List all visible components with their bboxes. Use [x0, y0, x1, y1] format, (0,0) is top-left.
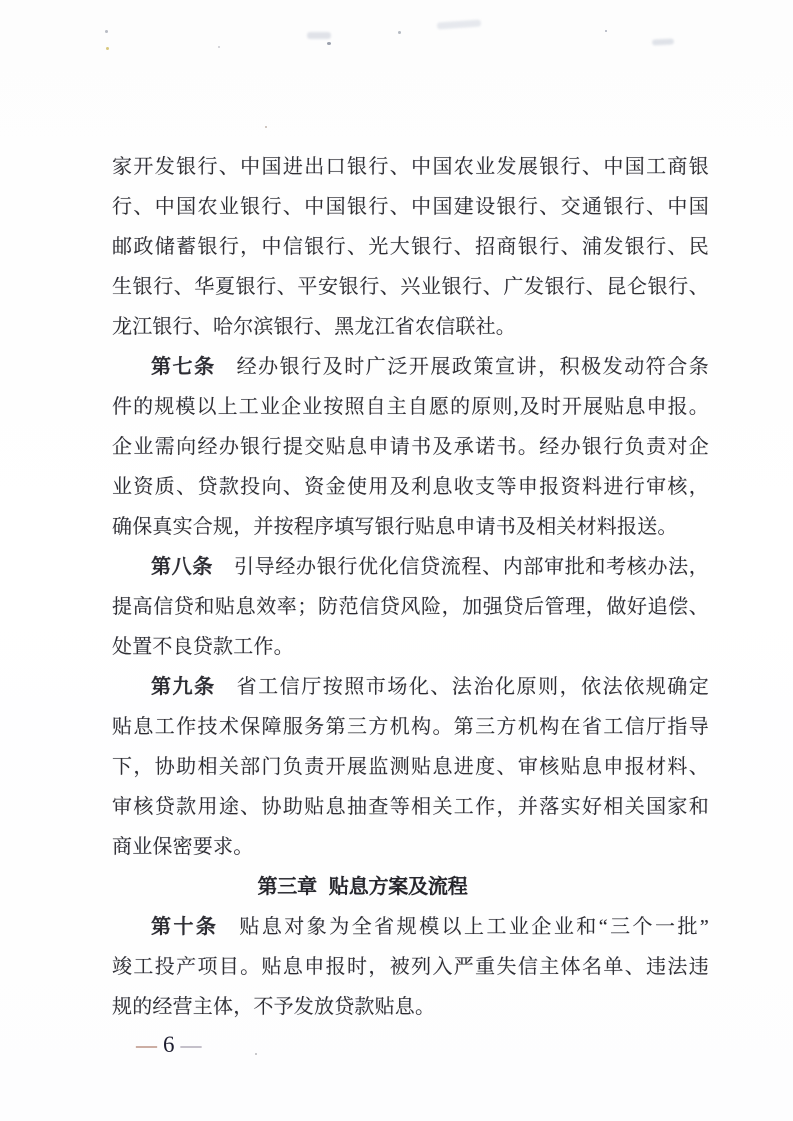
- body-line: 确保真实合规，并按程序填写银行贴息申请书及相关材料报送。: [112, 507, 709, 547]
- body-line: 商业保密要求。: [112, 827, 709, 867]
- article-number: 第十条: [151, 916, 218, 938]
- page-footer: — 6 —: [136, 1031, 202, 1059]
- body-line: 邮政储蓄银行，中信银行、光大银行、招商银行、浦发银行、民: [112, 227, 709, 267]
- paragraph-article-7: 第七条经办银行及时广泛开展政策宣讲，积极发动符合条 件的规模以上工业企业按照自主…: [112, 347, 709, 547]
- chapter-number: 第三章: [257, 876, 316, 898]
- body-line: 企业需向经办银行提交贴息申请书及承诺书。经办银行负责对企: [112, 427, 709, 467]
- scan-artifact: [652, 38, 674, 45]
- scan-artifact: [265, 126, 267, 128]
- paragraph-article-8: 第八条引导经办银行优化信贷流程、内部审批和考核办法， 提高信贷和贴息效率；防范信…: [112, 547, 709, 667]
- page-number: 6: [163, 1031, 175, 1059]
- body-line: 审核贷款用途、协助贴息抽查等相关工作，并落实好相关国家和: [112, 787, 709, 827]
- body-line: 件的规模以上工业企业按照自主自愿的原则,及时开展贴息申报。: [112, 387, 709, 427]
- body-line: 业资质、贷款投向、资金使用及利息收支等申报资料进行审核，: [112, 467, 709, 507]
- paragraph-article-10: 第十条贴息对象为全省规模以上工业企业和“三个一批” 竣工投产项目。贴息申报时，被…: [112, 907, 709, 1027]
- body-line: 处置不良贷款工作。: [112, 627, 709, 667]
- body-line: 第十条贴息对象为全省规模以上工业企业和“三个一批”: [112, 907, 709, 947]
- scan-artifact: [398, 31, 401, 34]
- body-line: 规的经营主体，不予发放贷款贴息。: [112, 987, 709, 1027]
- body-line-text: 贴息对象为全省规模以上工业企业和“三个一批”: [239, 916, 709, 938]
- scan-artifact: [437, 19, 481, 29]
- scan-artifact: [307, 32, 331, 39]
- body-line: 行、中国农业银行、中国银行、中国建设银行、交通银行、中国: [112, 187, 709, 227]
- body-line: 下，协助相关部门负责开展监测贴息进度、审核贴息申报材料、: [112, 747, 709, 787]
- body-line-text: 引导经办银行优化信贷流程、内部审批和考核办法，: [234, 556, 709, 578]
- scan-artifact: [106, 47, 109, 50]
- body-line: 贴息工作技术保障服务第三方机构。第三方机构在省工信厅指导: [112, 707, 709, 747]
- paragraph-article-9: 第九条省工信厅按照市场化、法治化原则，依法依规确定 贴息工作技术保障服务第三方机…: [112, 667, 709, 867]
- article-number: 第七条: [151, 356, 216, 378]
- body-line: 生银行、华夏银行、平安银行、兴业银行、广发银行、昆仑银行、: [112, 267, 709, 307]
- body-line-text: 省工信厅按照市场化、法治化原则，依法依规确定: [237, 676, 709, 698]
- body-line: 第七条经办银行及时广泛开展政策宣讲，积极发动符合条: [112, 347, 709, 387]
- chapter-heading: 第三章贴息方案及流程: [112, 867, 709, 907]
- page-number-dash-right: —: [181, 1031, 202, 1059]
- article-number: 第八条: [151, 556, 213, 578]
- scan-artifact: [218, 46, 220, 48]
- body-line: 龙江银行、哈尔滨银行、黑龙江省农信联社。: [112, 307, 709, 347]
- scan-artifact: [255, 1053, 257, 1055]
- scan-artifact: [105, 30, 108, 33]
- page-number-dash-left: —: [136, 1031, 157, 1059]
- document-body: 家开发银行、中国进出口银行、中国农业发展银行、中国工商银 行、中国农业银行、中国…: [112, 147, 709, 1027]
- scanned-page: 家开发银行、中国进出口银行、中国农业发展银行、中国工商银 行、中国农业银行、中国…: [0, 0, 793, 1121]
- body-line-text: 经办银行及时广泛开展政策宣讲，积极发动符合条: [237, 356, 709, 378]
- body-line: 家开发银行、中国进出口银行、中国农业发展银行、中国工商银: [112, 147, 709, 187]
- body-line: 第八条引导经办银行优化信贷流程、内部审批和考核办法，: [112, 547, 709, 587]
- body-line: 第九条省工信厅按照市场化、法治化原则，依法依规确定: [112, 667, 709, 707]
- body-line: 提高信贷和贴息效率；防范信贷风险，加强贷后管理，做好追偿、: [112, 587, 709, 627]
- article-number: 第九条: [151, 676, 216, 698]
- scan-artifact: [605, 30, 607, 32]
- scan-artifact: [327, 42, 331, 45]
- paragraph-bank-list: 家开发银行、中国进出口银行、中国农业发展银行、中国工商银 行、中国农业银行、中国…: [112, 147, 709, 347]
- chapter-title: 贴息方案及流程: [329, 876, 468, 898]
- body-line: 竣工投产项目。贴息申报时，被列入严重失信主体名单、违法违: [112, 947, 709, 987]
